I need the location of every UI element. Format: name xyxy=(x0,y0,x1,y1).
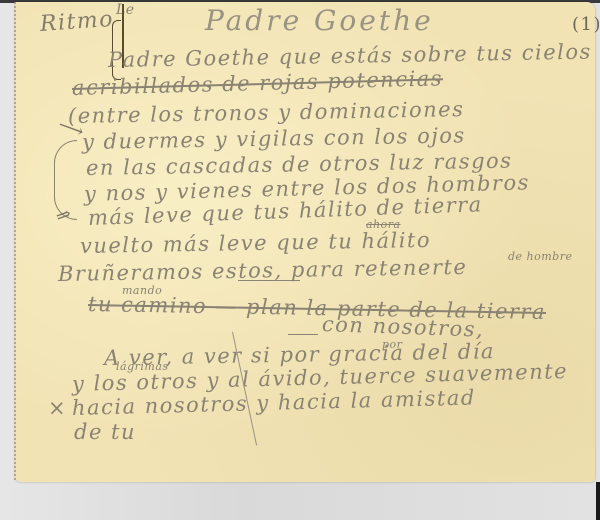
margin-note: Ritmo xyxy=(39,7,115,37)
insertion-de-hombre: de hombre xyxy=(508,250,573,263)
page-number: (1) xyxy=(572,14,600,35)
page-title: Padre Goethe xyxy=(205,4,434,37)
margin-x-mark: × xyxy=(48,396,67,420)
scan-right-edge xyxy=(596,482,600,520)
underline-mark xyxy=(238,280,300,281)
line-16: de tu xyxy=(74,420,136,444)
perforated-edge xyxy=(14,2,16,480)
margin-note-superscript: Le xyxy=(116,2,135,18)
section-divider xyxy=(288,334,318,335)
